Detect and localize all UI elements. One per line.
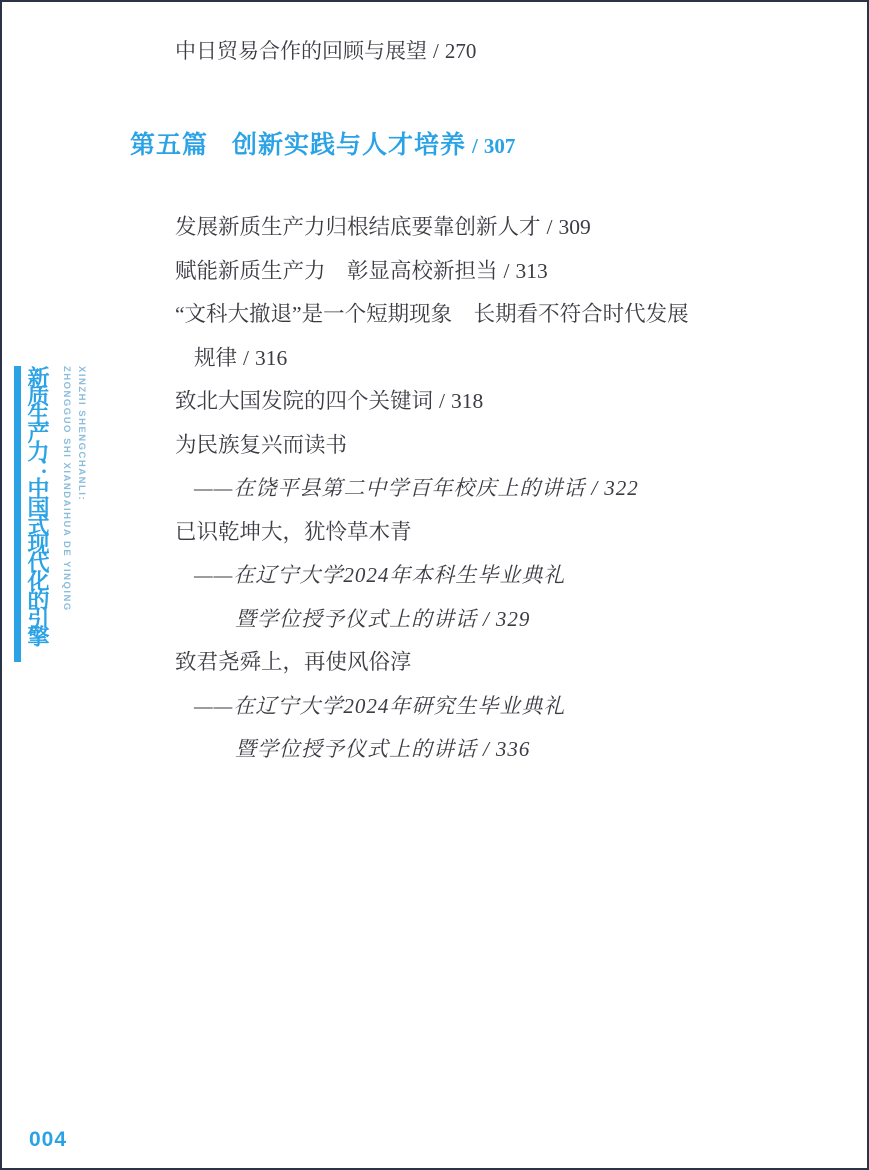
toc-page-number: 336 <box>496 737 531 761</box>
toc-entry: 为民族复兴而读书 <box>175 424 835 468</box>
toc-separator: / <box>439 389 445 413</box>
toc-entry: 赋能新质生产力 彰显高校新担当/313 <box>175 250 835 294</box>
toc-entry-page: /318 <box>433 389 483 413</box>
book-toc-page: 中日贸易合作的回顾与展望/270 第五篇创新实践与人才培养/307 发展新质生产… <box>0 0 869 1170</box>
toc-entry-title: 已识乾坤大，犹怜草木青 <box>175 520 412 544</box>
toc-entry-page: /329 <box>477 607 530 631</box>
toc-entry: 规律/316 <box>175 337 835 381</box>
toc-separator: / <box>483 737 490 761</box>
toc-entry: ——在辽宁大学2024年研究生毕业典礼 <box>175 685 835 729</box>
book-title-pinyin-line: XINZHI SHENGCHANLI: <box>74 366 89 664</box>
toc-entry-page: /313 <box>498 259 548 283</box>
toc-separator: / <box>547 215 553 239</box>
section-number-label: 第五篇 <box>130 131 208 159</box>
toc-separator: / <box>433 39 439 63</box>
toc-entry-title: 中日贸易合作的回顾与展望 <box>175 39 427 63</box>
toc-entry-title: 发展新质生产力归根结底要靠创新人才 <box>175 215 541 239</box>
toc-entry-page: /322 <box>585 476 638 500</box>
toc-entry: “文科大撤退”是一个短期现象 长期看不符合时代发展 <box>175 293 835 337</box>
toc-entry: 暨学位授予仪式上的讲话/336 <box>175 728 835 772</box>
section-title: 创新实践与人才培养 <box>232 131 466 159</box>
book-title-vertical: 新质生产力：中国式现代化的引擎 <box>22 366 53 664</box>
toc-page-number: 307 <box>484 134 516 158</box>
toc-page-number: 313 <box>516 259 548 283</box>
section-header: 第五篇创新实践与人才培养/307 <box>130 125 515 161</box>
toc-page-number: 316 <box>255 346 287 370</box>
toc-entry-title: 致北大国发院的四个关键词 <box>175 389 433 413</box>
book-title-sidebar: 新质生产力：中国式现代化的引擎 XINZHI SHENGCHANLI: ZHON… <box>14 366 89 664</box>
toc-separator: / <box>472 134 478 158</box>
toc-entry-title: ——在饶平县第二中学百年校庆上的讲话 <box>194 476 585 500</box>
folio-page-number: 004 <box>29 1128 67 1152</box>
toc-entry-title: 暨学位授予仪式上的讲话 <box>235 737 477 761</box>
toc-page-number: 270 <box>445 39 477 63</box>
section-page: /307 <box>466 134 515 158</box>
toc-separator: / <box>243 346 249 370</box>
toc-page-number: 318 <box>451 389 483 413</box>
toc-entry: 已识乾坤大，犹怜草木青 <box>175 511 835 555</box>
toc-entry-title: 暨学位授予仪式上的讲话 <box>235 607 477 631</box>
book-title-pinyin: XINZHI SHENGCHANLI: ZHONGGUO SHI XIANDAI… <box>59 366 89 664</box>
sidebar-accent-bar <box>14 366 21 662</box>
toc-separator: / <box>591 476 598 500</box>
toc-carryover-entry: 中日贸易合作的回顾与展望/270 <box>175 38 476 64</box>
toc-entry-list: 发展新质生产力归根结底要靠创新人才/309 赋能新质生产力 彰显高校新担当/31… <box>175 206 835 772</box>
toc-entry-title: ——在辽宁大学2024年本科生毕业典礼 <box>194 563 565 587</box>
toc-entry-title: 致君尧舜上，再使风俗淳 <box>175 650 412 674</box>
toc-entry: 致北大国发院的四个关键词/318 <box>175 380 835 424</box>
toc-entry: 暨学位授予仪式上的讲话/329 <box>175 598 835 642</box>
toc-entry: ——在饶平县第二中学百年校庆上的讲话/322 <box>175 467 835 511</box>
toc-entry: 发展新质生产力归根结底要靠创新人才/309 <box>175 206 835 250</box>
toc-page-number: 309 <box>559 215 591 239</box>
toc-separator: / <box>504 259 510 283</box>
toc-entry-title: 规律 <box>194 346 237 370</box>
toc-entry-page: /336 <box>477 737 530 761</box>
toc-entry-page: /309 <box>541 215 591 239</box>
book-title-pinyin-line: ZHONGGUO SHI XIANDAIHUA DE YINQING <box>59 366 74 664</box>
toc-entry-title: 为民族复兴而读书 <box>175 433 347 457</box>
toc-entry-title: “文科大撤退”是一个短期现象 长期看不符合时代发展 <box>175 302 689 326</box>
toc-page-number: 329 <box>496 607 531 631</box>
toc-page-number: 322 <box>604 476 639 500</box>
toc-separator: / <box>483 607 490 631</box>
toc-entry-page: /270 <box>427 39 476 63</box>
toc-entry: 致君尧舜上，再使风俗淳 <box>175 641 835 685</box>
toc-entry: ——在辽宁大学2024年本科生毕业典礼 <box>175 554 835 598</box>
toc-entry-page: /316 <box>237 346 287 370</box>
toc-entry-title: ——在辽宁大学2024年研究生毕业典礼 <box>194 694 565 718</box>
toc-entry-title: 赋能新质生产力 彰显高校新担当 <box>175 259 498 283</box>
